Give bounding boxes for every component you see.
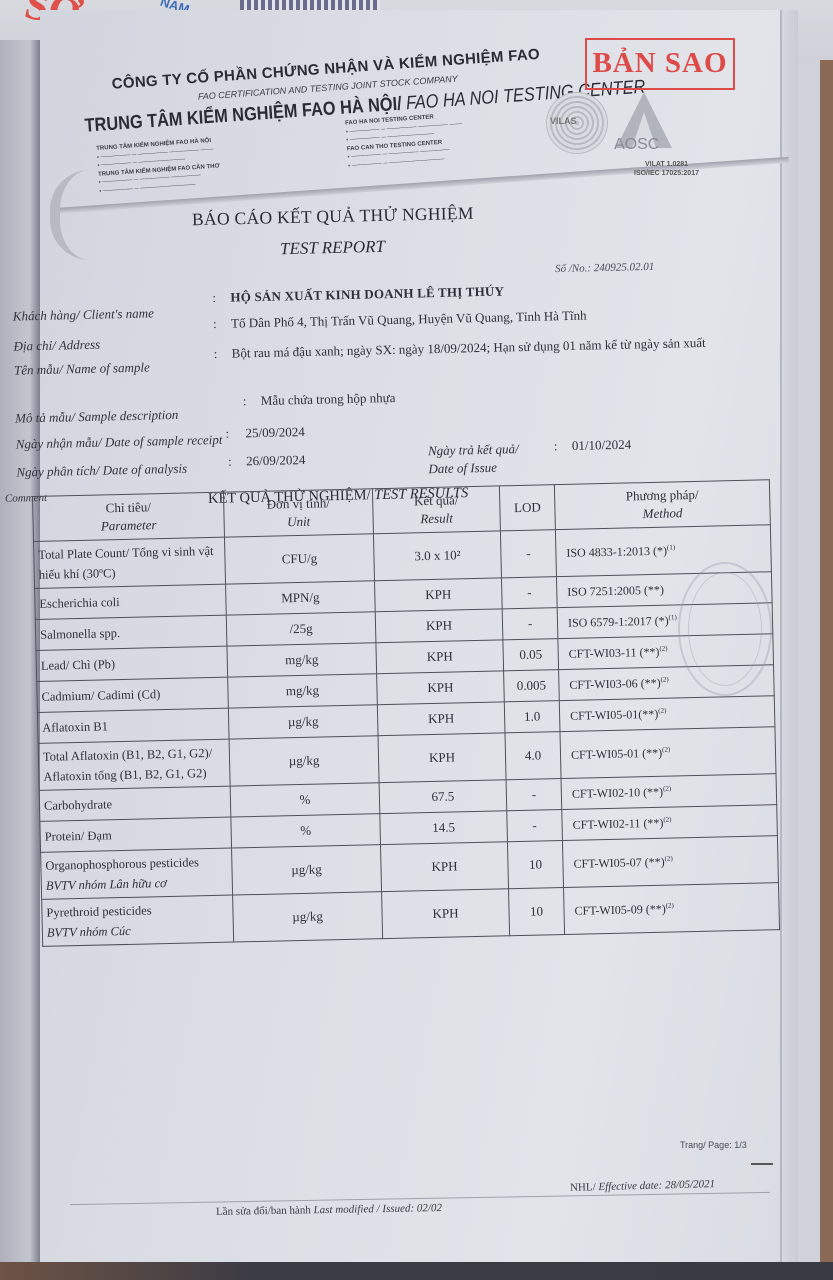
cell-result: KPH	[376, 640, 504, 674]
cell-unit: %	[231, 814, 381, 848]
results-table-wrap: Chỉ tiêu/Parameter Đơn vị tính/Unit Kết …	[32, 479, 780, 947]
analysis-date-value: 26/09/2024	[246, 450, 306, 470]
client-value: HỘ SẢN XUẤT KINH DOANH LÊ THỊ THÚY	[230, 281, 504, 306]
cell-lod: -	[506, 779, 562, 811]
cell-result: KPH	[377, 671, 505, 705]
cell-result: KPH	[378, 733, 506, 783]
header-lod: LOD	[499, 485, 555, 531]
cell-parameter: Pyrethroid pesticidesBVTV nhóm Cúc	[42, 895, 234, 946]
cell-result: KPH	[382, 889, 510, 939]
cell-method: CFT-WI05-09 (**)(2)	[564, 883, 780, 935]
client-label: Khách hàng/ Client's name	[13, 305, 154, 324]
address-block-left: TRUNG TÂM KIỂM NGHIỆM FAO HÀ NỘI ▪ ─────…	[96, 128, 339, 196]
copy-stamp: BẢN SAO	[585, 38, 735, 90]
receipt-date-value: 25/09/2024	[245, 422, 305, 442]
cell-parameter: Organophosphorous pesticidesBVTV nhóm Lâ…	[41, 848, 233, 899]
sample-desc-value: Mẫu chứa trong hộp nhựa	[261, 388, 396, 410]
sample-name-label: Tên mẫu/ Name of sample	[14, 360, 150, 379]
cell-parameter: Aflatoxin B1	[37, 708, 229, 743]
logo-swoosh	[50, 170, 100, 260]
accreditation-logo: VILAS AOSC VILAT 1.0281ISO/IEC 17025:201…	[546, 92, 756, 172]
address-label: Địa chỉ/ Address	[13, 337, 100, 355]
cell-unit: mg/kg	[227, 643, 377, 677]
cell-method: CFT-WI05-07 (**)(2)	[562, 836, 778, 888]
cell-lod: -	[501, 577, 557, 609]
cell-parameter: Cadmium/ Cadimi (Cd)	[37, 677, 229, 712]
header-method: Phương pháp/Method	[554, 480, 770, 530]
cell-result: 67.5	[379, 780, 507, 814]
page-number: Trang/ Page: 1/3	[680, 1140, 747, 1150]
cell-lod: 4.0	[505, 732, 561, 780]
cell-lod: 10	[507, 841, 563, 889]
cell-unit: CFU/g	[224, 534, 374, 584]
results-table: Chỉ tiêu/Parameter Đơn vị tính/Unit Kết …	[32, 479, 780, 947]
test-report-page: CÔNG TY CỐ PHẦN CHỨNG NHẬN VÀ KIỂM NGHIỆ…	[40, 10, 780, 1265]
cell-method: CFT-WI05-01 (**)(2)	[560, 727, 776, 779]
header-result: Kết quả/Result	[372, 486, 500, 534]
header-parameter: Chỉ tiêu/Parameter	[33, 492, 225, 541]
last-modified: Lần sửa đổi/ban hành Last modified / Iss…	[216, 1202, 442, 1218]
issue-date-label-en: Date of Issue	[428, 458, 497, 479]
cell-parameter: Protein/ Đạm	[40, 817, 232, 852]
cell-parameter: Salmonella spp.	[35, 615, 227, 650]
analysis-date-label: Ngày phân tích/ Date of analysis	[16, 461, 187, 481]
cell-lod: -	[500, 530, 556, 578]
background-pattern	[240, 0, 380, 10]
cell-lod: -	[507, 810, 563, 842]
receipt-date-label: Ngày nhận mẫu/ Date of sample receipt	[16, 432, 223, 453]
report-title-en: TEST REPORT	[280, 237, 385, 259]
cell-unit: mg/kg	[228, 674, 378, 708]
vilas-globe-icon: VILAS	[546, 92, 608, 154]
cell-unit: µg/kg	[229, 736, 379, 786]
header-unit: Đơn vị tính/Unit	[223, 489, 373, 537]
cell-parameter: Carbohydrate	[39, 786, 231, 821]
effective-date: NHL/ Effective date: 28/05/2021	[570, 1178, 715, 1194]
cell-unit: /25g	[226, 612, 376, 646]
cell-parameter: Escherichia coli	[35, 584, 227, 619]
footer-dash	[751, 1163, 773, 1165]
cell-lod: -	[502, 608, 558, 640]
cell-parameter: Total Plate Count/ Tổng vi sinh vật hiếu…	[34, 537, 226, 588]
cell-method: CFT-WI02-10 (**)(2)	[561, 774, 777, 810]
cell-parameter: Total Aflatoxin (B1, B2, G1, G2)/ Aflato…	[38, 739, 230, 790]
cell-unit: µg/kg	[233, 892, 383, 942]
cell-lod: 1.0	[504, 701, 560, 733]
sample-desc-label: Mô tả mẫu/ Sample description	[15, 407, 179, 427]
cell-lod: 10	[509, 888, 565, 936]
cell-unit: MPN/g	[226, 581, 376, 615]
cell-parameter: Lead/ Chì (Pb)	[36, 646, 228, 681]
cell-result: 14.5	[380, 811, 508, 845]
cell-result: 3.0 x 10²	[373, 531, 501, 581]
cell-result: KPH	[375, 609, 503, 643]
cell-result: KPH	[381, 842, 509, 892]
cell-unit: µg/kg	[232, 845, 382, 895]
cell-result: KPH	[377, 702, 505, 736]
sample-name-value: Bột rau má đậu xanh; ngày SX: ngày 18/09…	[231, 333, 711, 363]
cell-result: KPH	[375, 578, 503, 612]
cell-unit: µg/kg	[228, 705, 378, 739]
cell-method: CFT-WI02-11 (**)(2)	[562, 805, 778, 841]
desk-surface	[0, 1262, 833, 1280]
cell-lod: 0.005	[504, 670, 560, 702]
address-value: Tổ Dân Phố 4, Thị Trấn Vũ Quang, Huyện V…	[231, 306, 587, 333]
cell-method: CFT-WI05-01(**)(2)	[559, 696, 775, 732]
seal-stamp	[678, 562, 772, 696]
cell-unit: %	[230, 783, 380, 817]
cell-lod: 0.05	[503, 639, 559, 671]
issue-date-value: 01/10/2024	[572, 435, 632, 455]
results-body: Total Plate Count/ Tổng vi sinh vật hiếu…	[34, 525, 780, 947]
issue-date-label: Ngày trả kết quả/	[428, 439, 519, 460]
